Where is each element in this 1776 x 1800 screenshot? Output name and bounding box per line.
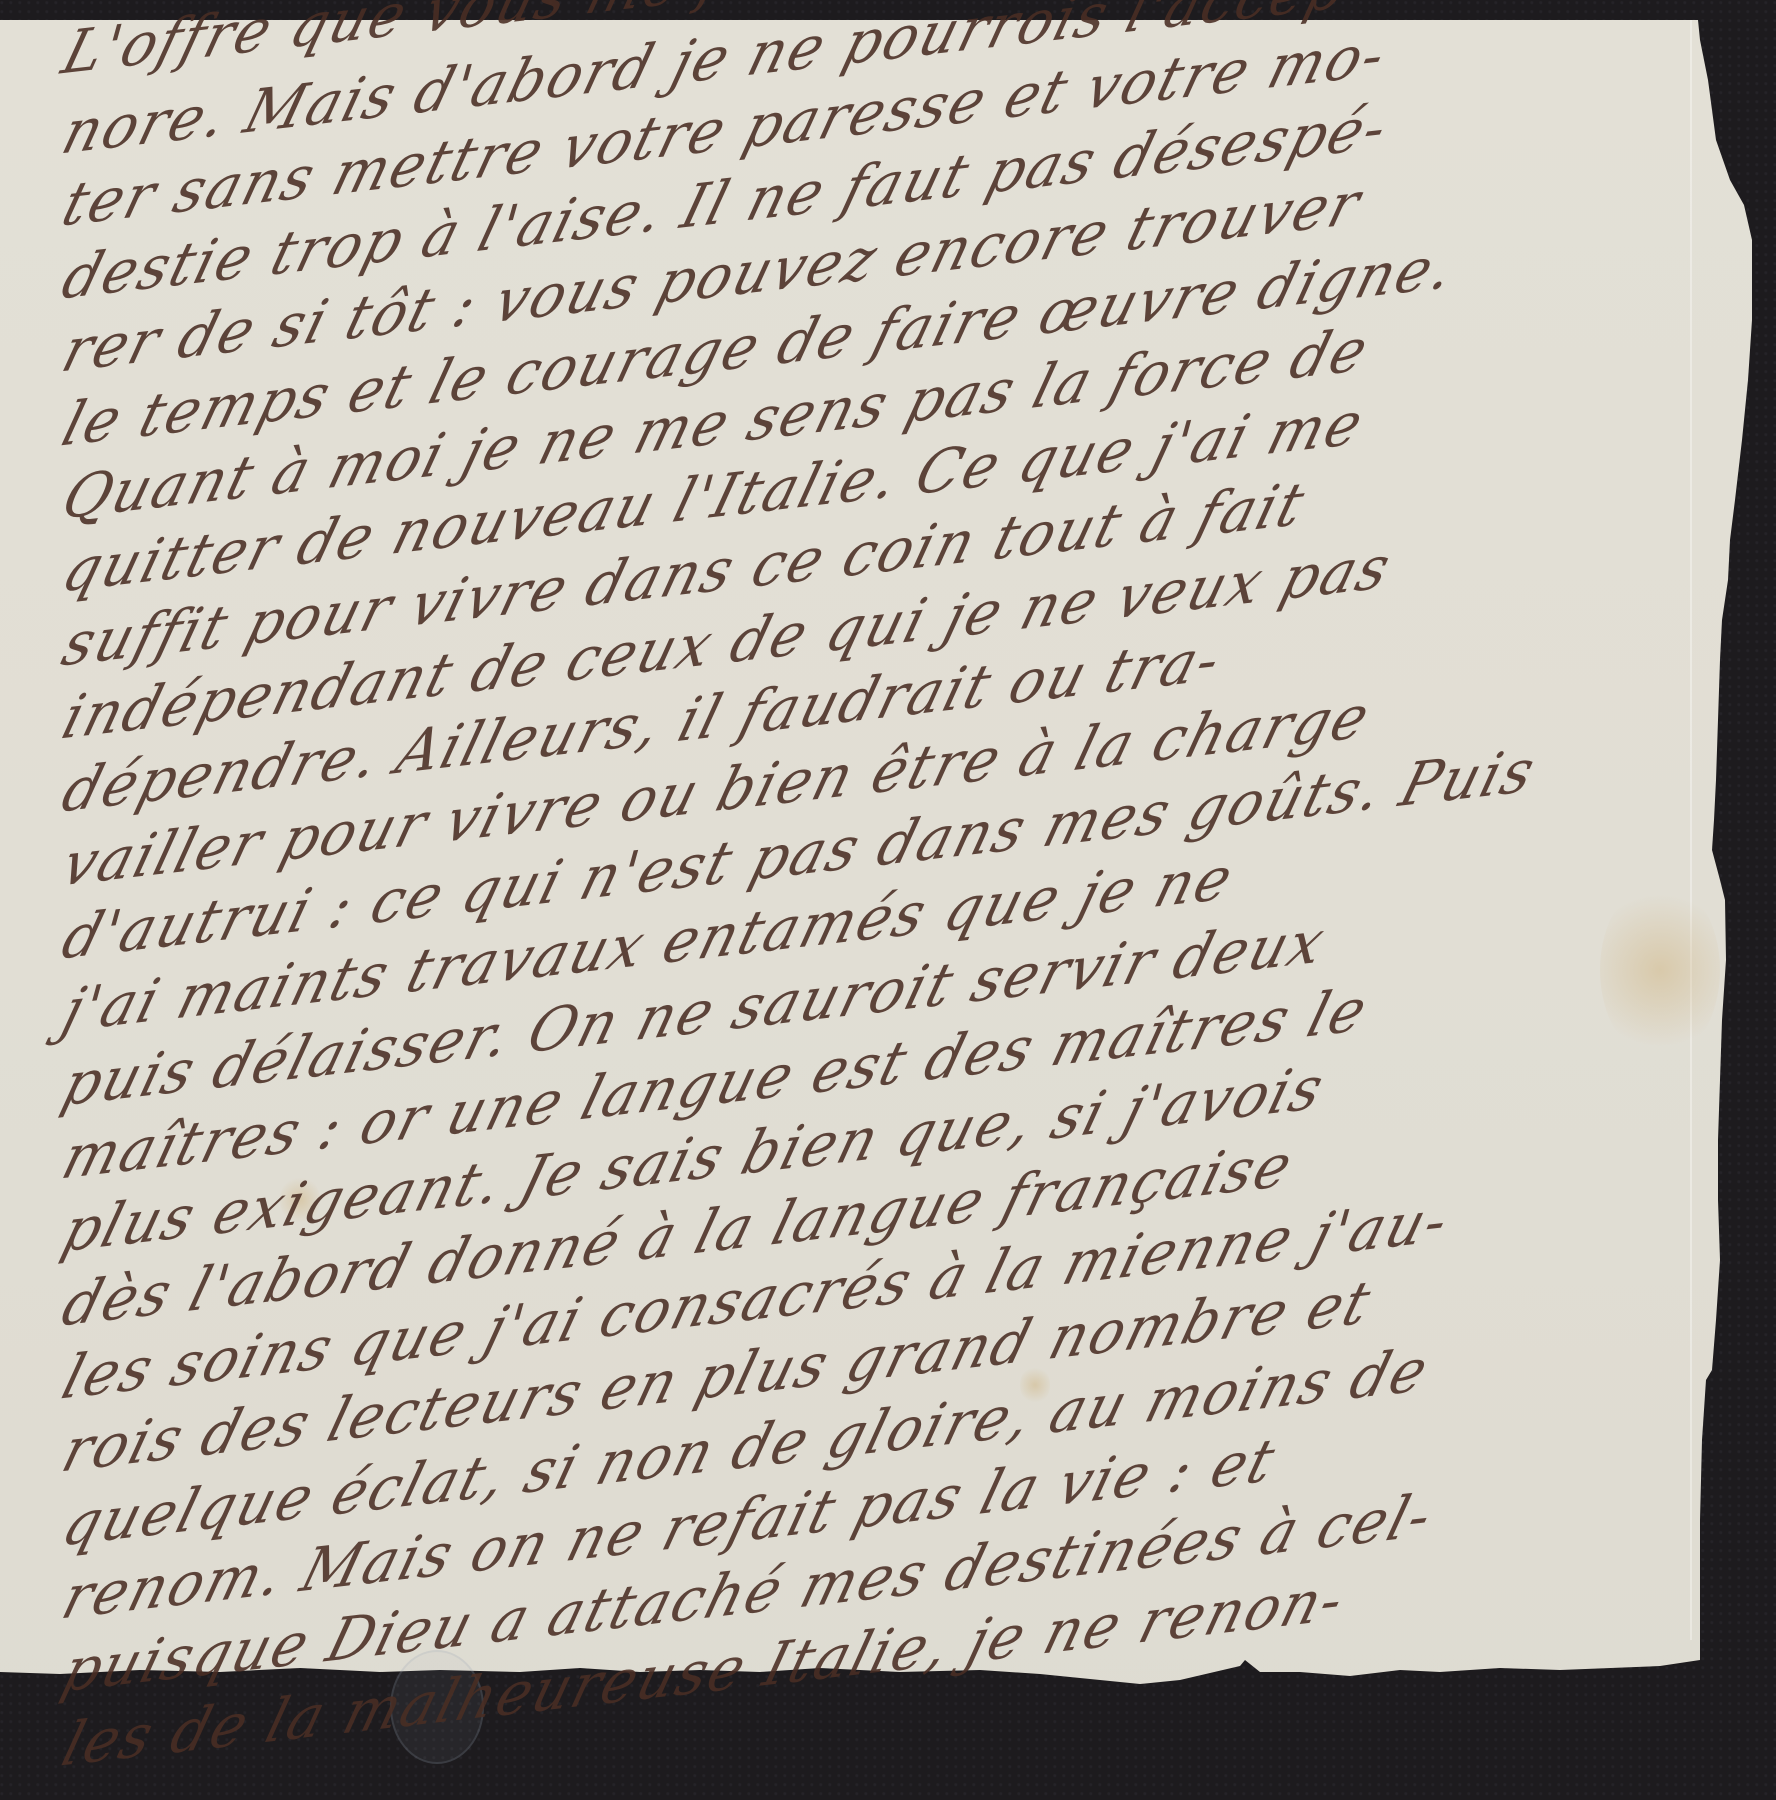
handwritten-text: L'offre que vous me faites, me touche et… bbox=[0, 0, 1776, 1800]
